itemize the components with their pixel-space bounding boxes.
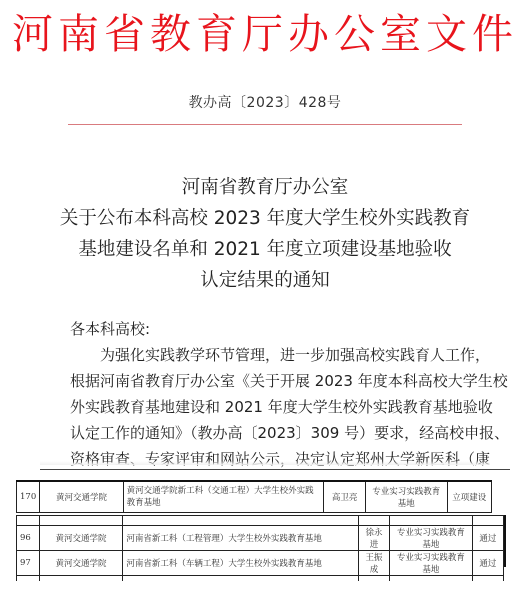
cell-school: 黄河交通学院 xyxy=(40,481,123,513)
cell-result: 立项建设 xyxy=(447,481,492,513)
cell-base-name: 河南省新工科（工程管理）大学生校外实践教育基地 xyxy=(123,526,359,551)
cell-result: 通过 xyxy=(472,551,503,576)
body-line: 为强化实践教学环节管理，进一步加强高校实践育人工作， xyxy=(70,342,480,368)
notice-title-line: 基地建设名单和 2021 年度立项建设基地验收 xyxy=(0,234,530,265)
body-line: 根据河南省教育厅办公室《关于开展 2023 年度本科高校大学生校 xyxy=(70,368,480,394)
table-fragment-list: 96 黄河交通学院 河南省新工科（工程管理）大学生校外实践教育基地 徐永进 专业… xyxy=(16,515,504,581)
cell-number: 97 xyxy=(17,551,40,576)
table-row: 97 黄河交通学院 河南省新工科（车辆工程）大学生校外实践教育基地 王振成 专业… xyxy=(17,551,504,576)
cell-person: 徐永进 xyxy=(358,526,389,551)
notice-title: 河南省教育厅办公室 关于公布本科高校 2023 年度大学生校外实践教育 基地建设… xyxy=(0,172,530,296)
notice-body: 各本科高校: 为强化实践教学环节管理，进一步加强高校实践育人工作， 根据河南省教… xyxy=(70,316,480,472)
body-line: 认定工作的通知》（教办高〔2023〕309 号）要求，经高校申报、 xyxy=(70,420,480,446)
table-row: 170 黄河交通学院 黄河交通学院新工科（交通工程）大学生校外实践教育基地 高卫… xyxy=(17,481,492,513)
notice-title-line: 认定结果的通知 xyxy=(0,265,530,296)
table-fragment-divider xyxy=(40,469,510,470)
document-header-title: 河南省教育厅办公室文件 xyxy=(0,8,530,60)
cell-person: 王振成 xyxy=(358,551,389,576)
red-divider-rule xyxy=(68,124,462,125)
table-row: 96 黄河交通学院 河南省新工科（工程管理）大学生校外实践教育基地 徐永进 专业… xyxy=(17,526,504,551)
salutation: 各本科高校: xyxy=(70,316,480,342)
cell-person: 高卫亮 xyxy=(324,481,366,513)
cell-result: 通过 xyxy=(472,526,503,551)
body-fade-edge xyxy=(40,461,490,465)
cell-type: 专业实习实践教育基地 xyxy=(390,551,473,576)
table-fragment-row-170: 170 黄河交通学院 黄河交通学院新工科（交通工程）大学生校外实践教育基地 高卫… xyxy=(16,480,492,513)
notice-title-line: 河南省教育厅办公室 xyxy=(0,172,530,203)
document-number: 教办高〔2023〕428号 xyxy=(0,92,530,112)
cell-base-name: 河南省新工科（车辆工程）大学生校外实践教育基地 xyxy=(123,551,359,576)
cell-type: 专业实习实践教育基地 xyxy=(390,526,473,551)
cell-school: 黄河交通学院 xyxy=(39,551,123,576)
table-right-border xyxy=(504,515,506,567)
table-row-cropped xyxy=(17,576,504,581)
cell-base-name: 黄河交通学院新工科（交通工程）大学生校外实践教育基地 xyxy=(123,481,324,513)
body-line: 外实践教育基地建设和 2021 年度大学生校外实践教育基地验收 xyxy=(70,394,480,420)
cell-school: 黄河交通学院 xyxy=(39,526,123,551)
notice-title-line: 关于公布本科高校 2023 年度大学生校外实践教育 xyxy=(0,203,530,234)
cell-number: 96 xyxy=(17,526,40,551)
table-row-cropped xyxy=(17,516,504,526)
cell-number: 170 xyxy=(17,481,40,513)
cell-type: 专业实习实践教育基地 xyxy=(365,481,447,513)
